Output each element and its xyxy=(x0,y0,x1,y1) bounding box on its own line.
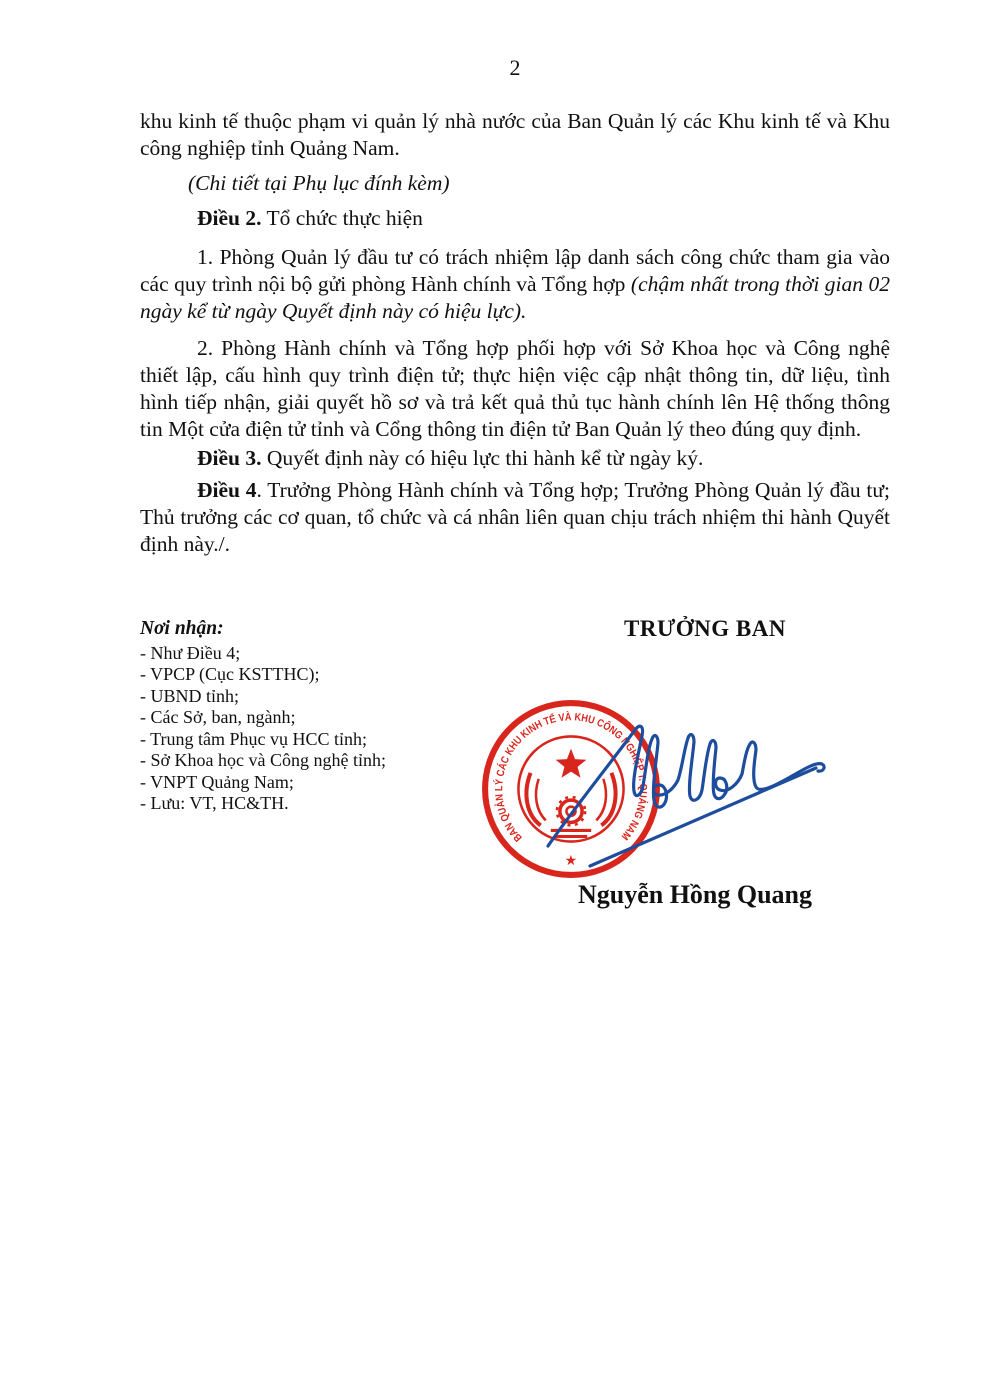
article-3-paragraph: Điều 3. Quyết định này có hiệu lực thi h… xyxy=(140,445,890,472)
article-2-label: Điều 2. xyxy=(197,206,262,230)
appendix-note: (Chi tiết tại Phụ lục đính kèm) xyxy=(140,170,890,197)
clause-1-paragraph: 1. Phòng Quản lý đầu tư có trách nhiệm l… xyxy=(140,244,890,325)
clause-2-paragraph: 2. Phòng Hành chính và Tổng hợp phối hợp… xyxy=(140,335,890,443)
clause-2-text: 2. Phòng Hành chính và Tổng hợp phối hợp… xyxy=(140,336,890,441)
document-body: khu kinh tế thuộc phạm vi quản lý nhà nư… xyxy=(140,108,890,558)
continuation-paragraph-text: khu kinh tế thuộc phạm vi quản lý nhà nư… xyxy=(140,109,890,160)
article-2-title: Tổ chức thực hiện xyxy=(262,206,423,230)
recipient-item: - Như Điều 4; xyxy=(140,643,470,665)
signer-title: TRƯỞNG BAN xyxy=(555,616,855,642)
recipient-item: - VPCP (Cục KSTTHC); xyxy=(140,664,470,686)
recipient-item: - Các Sở, ban, ngành; xyxy=(140,707,470,729)
handwritten-signature xyxy=(430,688,850,880)
appendix-note-text: (Chi tiết tại Phụ lục đính kèm) xyxy=(188,171,450,195)
article-2-heading: Điều 2. Tổ chức thực hiện xyxy=(140,205,890,232)
recipient-item: - Trung tâm Phục vụ HCC tỉnh; xyxy=(140,729,470,751)
recipient-item: - Lưu: VT, HC&TH. xyxy=(140,793,470,815)
document-page: 2 khu kinh tế thuộc phạm vi quản lý nhà … xyxy=(0,0,983,1392)
article-3-text: Quyết định này có hiệu lực thi hành kể t… xyxy=(262,446,704,470)
signer-name: Nguyễn Hồng Quang xyxy=(545,880,845,910)
signature-stroke xyxy=(548,726,824,846)
article-4-label: Điều 4 xyxy=(197,478,256,502)
article-4-paragraph: Điều 4. Trưởng Phòng Hành chính và Tổng … xyxy=(140,477,890,558)
recipients-heading: Nơi nhận: xyxy=(140,618,470,640)
recipient-item: - VNPT Quảng Nam; xyxy=(140,772,470,794)
recipient-item: - Sở Khoa học và Công nghệ tỉnh; xyxy=(140,750,470,772)
continuation-paragraph: khu kinh tế thuộc phạm vi quản lý nhà nư… xyxy=(140,108,890,162)
article-3-label: Điều 3. xyxy=(197,446,262,470)
page-number: 2 xyxy=(140,54,890,81)
recipients-block: Nơi nhận: - Như Điều 4; - VPCP (Cục KSTT… xyxy=(140,618,470,815)
recipient-item: - UBND tỉnh; xyxy=(140,686,470,708)
